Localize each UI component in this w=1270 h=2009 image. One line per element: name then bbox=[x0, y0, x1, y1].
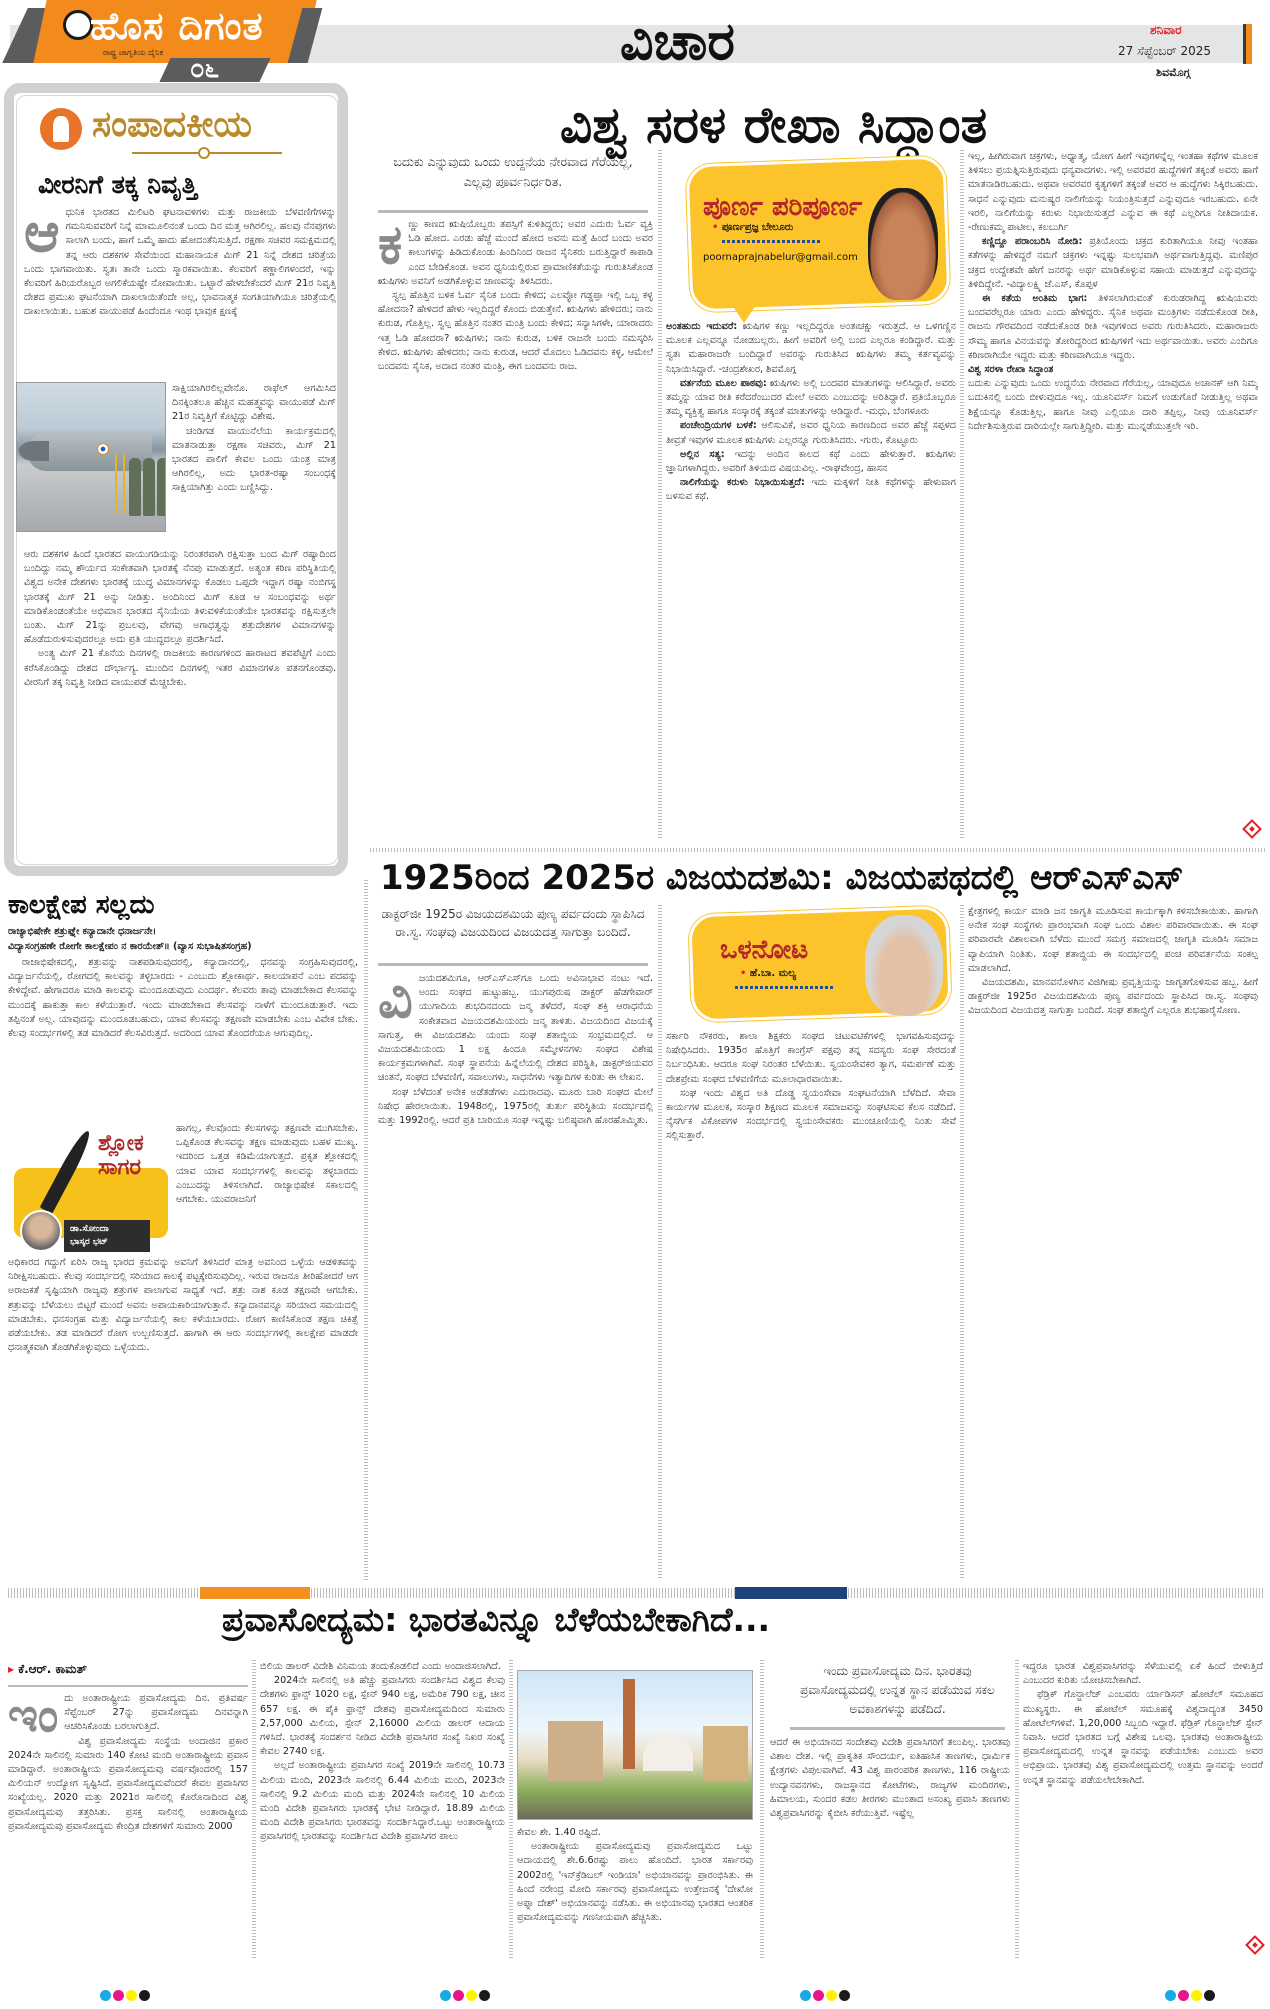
section-title: ವಿಚಾರ bbox=[620, 12, 735, 73]
column-author: ಪೂರ್ಣಪ್ರಜ್ಞ ಬೇಲೂರು bbox=[712, 222, 793, 233]
editorial-intro: ಆ ಧುನಿಕ ಭಾರತದ ಮಿಲಿಟರಿ ಘಟನಾವಳಿಗಳು ಮತ್ತು ರ… bbox=[24, 206, 336, 376]
masthead-accent-bar bbox=[1243, 24, 1252, 64]
edition-city: ಶಿವಮೊಗ್ಗ bbox=[1156, 66, 1190, 80]
kalakshepa-beside-image: ಹಾಗಲ್ಲ, ಕೆಲವೊಂದು ಕೆಲಸಗಳನ್ನು ತಕ್ಷಣವೇ ಮುಗಿ… bbox=[176, 1122, 358, 1252]
registration-marks bbox=[100, 1990, 150, 2001]
tourism-column-1: ಇಂ ದು ಅಂತಾರಾಷ್ಟ್ರೀಯ ಪ್ರವಾಸೋದ್ಯಮ ದಿನ. ಪ್ರ… bbox=[8, 1692, 248, 1957]
sanskrit-verse: ರಾಜ್ಯಾಭಿಷೇಕೇ ಶತ್ರುಘ್ನೇ ಕನ್ಯಾದಾನೇ ಧನಾರ್ಜನ… bbox=[8, 924, 358, 954]
kalakshepa-headline: ಕಾಲಕ್ಷೇಪ ಸಲ್ಲದು bbox=[8, 890, 155, 921]
editorial-emblem-icon bbox=[40, 108, 82, 150]
editorial-body: ಆರು ದಶಕಗಳ ಹಿಂದೆ ಭಾರತದ ವಾಯುಗಡಿಯನ್ನು ನಿರಂತ… bbox=[24, 548, 336, 863]
tourism-column-5: ಇದ್ದರೂ ಭಾರತ ವಿಶ್ವಪ್ರವಾಸಿಗರನ್ನು ಸೆಳೆಯುವಲ್… bbox=[1023, 1660, 1263, 1950]
tourism-column-4: ಆದರೆ ಈ ಅಭಿಯಾನದ ಸಂದೇಶವು ವಿದೇಶಿ ಪ್ರವಾಸಿಗರಿ… bbox=[770, 1736, 1010, 1957]
paper-name: ಹೊಸ ದಿಗಂತ bbox=[90, 4, 264, 49]
author-email-link[interactable]: poornaprajnabelur@gmail.com bbox=[703, 252, 858, 263]
editorial-headline: ವೀರನಿಗೆ ತಕ್ಕ ನಿವೃತ್ತಿ bbox=[38, 170, 197, 200]
page-number: ೦೬ bbox=[190, 54, 219, 85]
registration-marks bbox=[1165, 1990, 1215, 2001]
tourism-headline: ಪ್ರವಾಸೋದ್ಯಮ: ಭಾರತವಿನ್ನೂ ಬೆಳೆಯಬೇಕಾಗಿದೆ... bbox=[222, 1600, 770, 1640]
article1-headline: ವಿಶ್ವ ಸರಳ ರೇಖಾ ಸಿದ್ಧಾಂತ bbox=[560, 96, 987, 155]
editorial-label: ಸಂಪಾದಕೀಯ bbox=[92, 104, 252, 146]
kalakshepa-body-2: ಅಧಿಕಾರದ ಗದ್ದುಗೆ ಏರಿಸಿ ರಾಜ್ಯ ಭಾರದ ಕ್ರಮವನ್… bbox=[8, 1256, 358, 1582]
date-day: ಶನಿವಾರ bbox=[1150, 23, 1182, 38]
tourism-column-3: ಕೇವಲ ಶೇ. 1.40 ರಷ್ಟಿದೆ. ಅಂತಾರಾಷ್ಟ್ರೀಯ ಪ್ರ… bbox=[517, 1826, 753, 1957]
color-band-blue bbox=[735, 1587, 847, 1599]
india-monuments-illustration bbox=[517, 1670, 753, 1820]
iaf-roundel-icon bbox=[97, 443, 109, 455]
author-photo bbox=[20, 1210, 62, 1252]
shloka-sagara-logo: ಶ್ಲೋಕ ಸಾಗರ bbox=[98, 1132, 144, 1180]
article2-deck: ಡಾಕ್ಟರ್‌ಜೀ 1925ರ ವಿಜಯದಶಮಿಯ ಪುಣ್ಯ ಪರ್ವದಂದ… bbox=[378, 905, 648, 941]
article1-deck: ಬದುಕು ಎನ್ನುವುದು ಒಂದು ಉದ್ದನೆಯ ನೇರವಾದ ಗೆರೆ… bbox=[378, 152, 648, 192]
author-photo bbox=[865, 915, 943, 1015]
column-author: ಹೆ.ಬಾ. ಮಲ್ಯ bbox=[740, 968, 796, 979]
mig21-photo bbox=[16, 382, 166, 532]
drop-cap: ಆ bbox=[24, 206, 60, 260]
article2-column-1: ವಿ ಜಯದಶಮಿಗೂ, ಆರ್‌ಎಸ್‌ಎಸ್‌ಗೂ ಒಂದು ಅವಿನಾಭಾ… bbox=[378, 972, 653, 1582]
color-band-orange bbox=[200, 1587, 310, 1599]
article1-column-2: ಅಂತಹುದು ಇದುವರೆ: ಋಷಿಗಳ ಕಣ್ಣು ಇಲ್ಲದಿದ್ದರೂ … bbox=[666, 320, 956, 840]
tourism-deck: ಇಂದು ಪ್ರವಾಸೋದ್ಯಮ ದಿನ. ಭಾರತವು ಪ್ರವಾಸೋದ್ಯಮ… bbox=[790, 1662, 1005, 1719]
registration-marks bbox=[800, 1990, 850, 2001]
article2-headline: 1925ರಿಂದ 2025ರ ವಿಜಯದಶಮಿ: ವಿಜಯಪಥದಲ್ಲಿ ಆರ್… bbox=[380, 858, 1183, 898]
shloka-author: ಡಾ.ಸೋಂದಾ ಭಾಸ್ಕರ ಭಟ್ bbox=[64, 1220, 150, 1252]
date-full: 27 ಸೆಪ್ಟೆಂಬರ್ 2025 bbox=[1118, 44, 1211, 59]
paper-tagline: ರಾಷ್ಟ್ರ ಜಾಗೃತಿಯ ದೈನಿಕ bbox=[103, 48, 163, 58]
editorial-beside-photo: ಸಾಕ್ಷಿಯಾಗಿರಲಿಲ್ಲವೇನೊ. ರಾಫೆಲ್ ಆಗಮಿಸಿದ ದಿನ… bbox=[172, 382, 336, 542]
tourism-column-2: ಬಿಲಿಯ ಡಾಲರ್ ವಿದೇಶಿ ವಿನಿಮಯ ತಂದುಕೊಡಲಿದೆ ಎಂ… bbox=[260, 1660, 505, 1957]
logo-emblem-icon bbox=[63, 10, 93, 40]
tourism-byline: ಕೆ.ಆರ್. ಕಾಮತ್ bbox=[8, 1662, 87, 1677]
registration-marks bbox=[440, 1990, 490, 2001]
newspaper-logo: ಹೊಸ ದಿಗಂತ ರಾಷ್ಟ್ರ ಜಾಗೃತಿಯ ದೈನಿಕ ೦೬ bbox=[5, 0, 325, 80]
author-photo bbox=[868, 188, 938, 300]
column-name: ಒಳನೋಟ bbox=[720, 935, 808, 966]
article1-column-3: ಇಲ್ಲ, ಹೀಗಿರುವಾಗ ಚಕ್ರಗಳು, ಅಧ್ಯಾತ್ಮ, ಯೋಗ ಹ… bbox=[968, 150, 1258, 830]
column-name: ಪೂರ್ಣ ಪರಿಪೂರ್ಣ bbox=[703, 192, 862, 223]
article1-column-1: ಕ ಣ್ಣು ಕಾಣದ ಋಷಿಯೊಬ್ಬರು ತಪಸ್ಸಿಗೆ ಕುಳಿತಿದ್… bbox=[378, 218, 653, 843]
kalakshepa-body: ರಾಜಾಭಿಷೇಕದಲ್ಲಿ, ಶತ್ರುವನ್ನು ನಾಶಪಡಿಸುವುದರಲ… bbox=[8, 956, 358, 1116]
article2-column-2: ಸರ್ಕಾರಿ ನೌಕರರು, ಶಾಲಾ ಶಿಕ್ಷಕರು ಸಂಘದ ಚಟುವಟ… bbox=[666, 1030, 956, 1582]
article2-column-3: ಕ್ಷೇತ್ರಗಳಲ್ಲಿ ಕಾರ್ಯ ಮಾಡಿ ಜನ ಜಾಗೃತಿ ಮೂಡಿಸ… bbox=[968, 905, 1258, 1580]
